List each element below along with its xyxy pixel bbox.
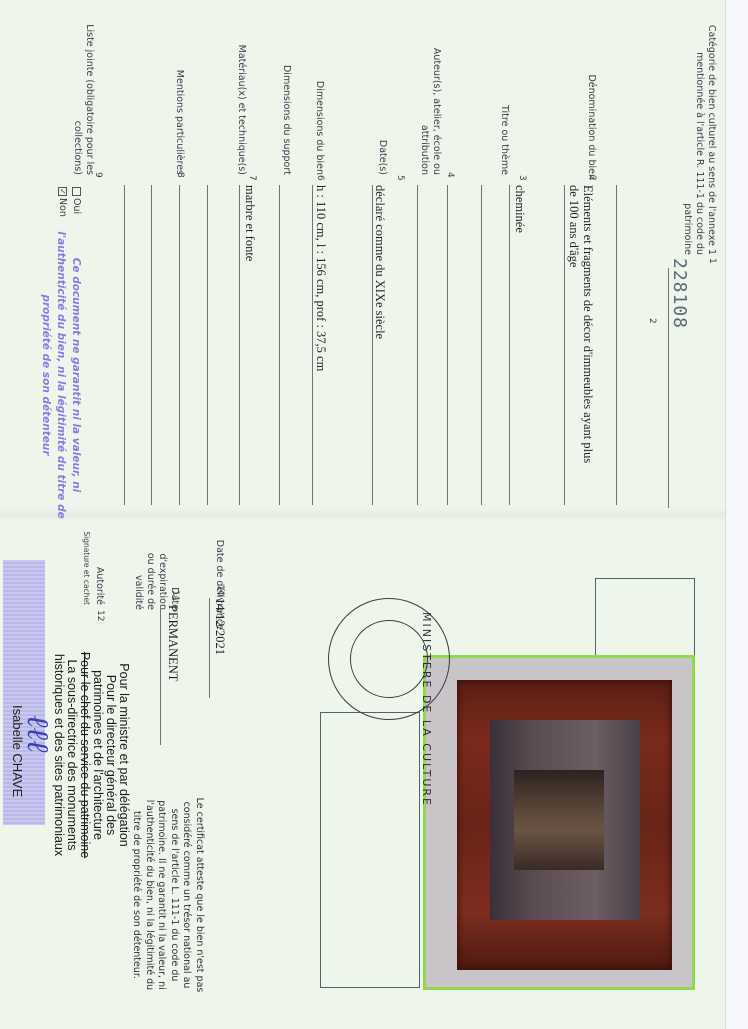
field-4-label: Auteur(s), atelier, école ou attribution [418,20,442,175]
expiry-line [160,605,161,745]
sig-line-4: Pour le chef du service du patrimoine [78,640,91,870]
sig-line-6: historiques et des sites patrimoniaux [52,640,65,870]
field-3-label: Titre ou thème [498,20,510,175]
empty-box-bottom [320,712,420,988]
issue-date-line [209,598,210,698]
ministry-stamp-inner [350,620,428,698]
field-4-line [447,185,448,505]
field-6-number: 6 [315,175,325,181]
field-8-label: Mentions particulières [173,20,185,175]
field-1-label: Catégorie de bien culturel au sens de l'… [681,20,717,255]
field-5-label: Date(s) [376,20,388,175]
sig-line-2: Pour le directeur général des [104,640,117,870]
field-8-line [179,185,180,505]
field-7-number: 7 [247,175,257,181]
liste-non-option[interactable]: ✓Non [57,187,68,217]
authority-number: 12 [95,610,105,621]
signature-scribble: ℓℓℓ [20,715,55,753]
field-2-label: Dénomination du bien [585,20,597,180]
field-5-number: 5 [395,175,405,181]
disclaimer-text: Ce document ne garantit ni la valeur, ni… [38,225,83,525]
authority-sublabel: Signature et cachet [80,530,92,605]
field-support-label: Dimensions du support [280,20,292,175]
field-7-label: Matériau(x) et technique(s) [235,20,247,175]
liste-oui-option[interactable]: Oui [71,187,82,214]
field-5-line [372,185,373,505]
non-checkbox[interactable]: ✓ [58,187,67,196]
oui-checkbox[interactable] [72,187,81,196]
hearth-opening [514,770,604,870]
stamp-text: MINISTERE DE LA CULTURE [420,612,433,807]
issue-date-number: 10 [215,585,225,596]
field-8-number: 8 [175,172,185,178]
field-7-line [239,185,240,505]
expiry-number: 11 [170,590,180,601]
issue-date-value: 14/12/2021 [213,598,227,655]
signatory-name: Isabelle CHAVE [10,705,25,797]
rotated-document: Catégorie de bien culturel au sens de l'… [0,0,725,1029]
page-marker: 2 [647,318,657,324]
field-2-line-b [564,185,565,505]
sig-line-3: patrimoines et de l'architecture [91,640,104,870]
field-8-line-c [124,185,125,505]
field-8-line-b [151,185,152,505]
signature-block: Pour la ministre et par délégation Pour … [52,640,130,870]
field-2-value: Eléments et fragments de décor d'immeubl… [567,185,595,475]
scan-edge [725,0,748,1029]
field-4-number: 4 [445,172,455,178]
field-6-value: h : 110 cm, l : 156 cm, prof : 37,5 cm [314,185,328,505]
sig-line-5: La sous-directrice des monuments [65,640,78,870]
field-1-number: 1 [707,258,717,264]
field-4-line-b [417,185,418,505]
field-2-number: 2 [587,175,597,181]
sig-line-1: Pour la ministre et par délégation [117,640,130,870]
field-9-label: Liste jointe (obligatoire pour les colle… [71,20,95,175]
field-support-line [279,185,280,505]
fireplace-photo [423,655,695,990]
field-3-value: cheminée [513,185,527,385]
certificate-note: Le certificat atteste que le bien n'est … [130,790,205,1000]
field-5-value: déclaré comme du XIXe siècle [373,185,387,505]
field-9-number: 9 [93,172,103,178]
field-6-line [312,185,313,505]
field-3-line-b [481,185,482,505]
field-2-line [616,185,617,505]
field-3-number: 3 [517,175,527,181]
field-7-value: marbre et fonte [243,185,257,505]
non-label: Non [57,198,68,217]
authority-label: Autorité [93,545,105,605]
field-3-line [509,185,510,505]
oui-label: Oui [71,198,82,214]
field-7-line-b [207,185,208,505]
serial-number: 228108 [669,258,690,329]
field-6-label: Dimensions du bien [313,20,325,175]
expiry-value: PERMANENT [166,605,180,681]
